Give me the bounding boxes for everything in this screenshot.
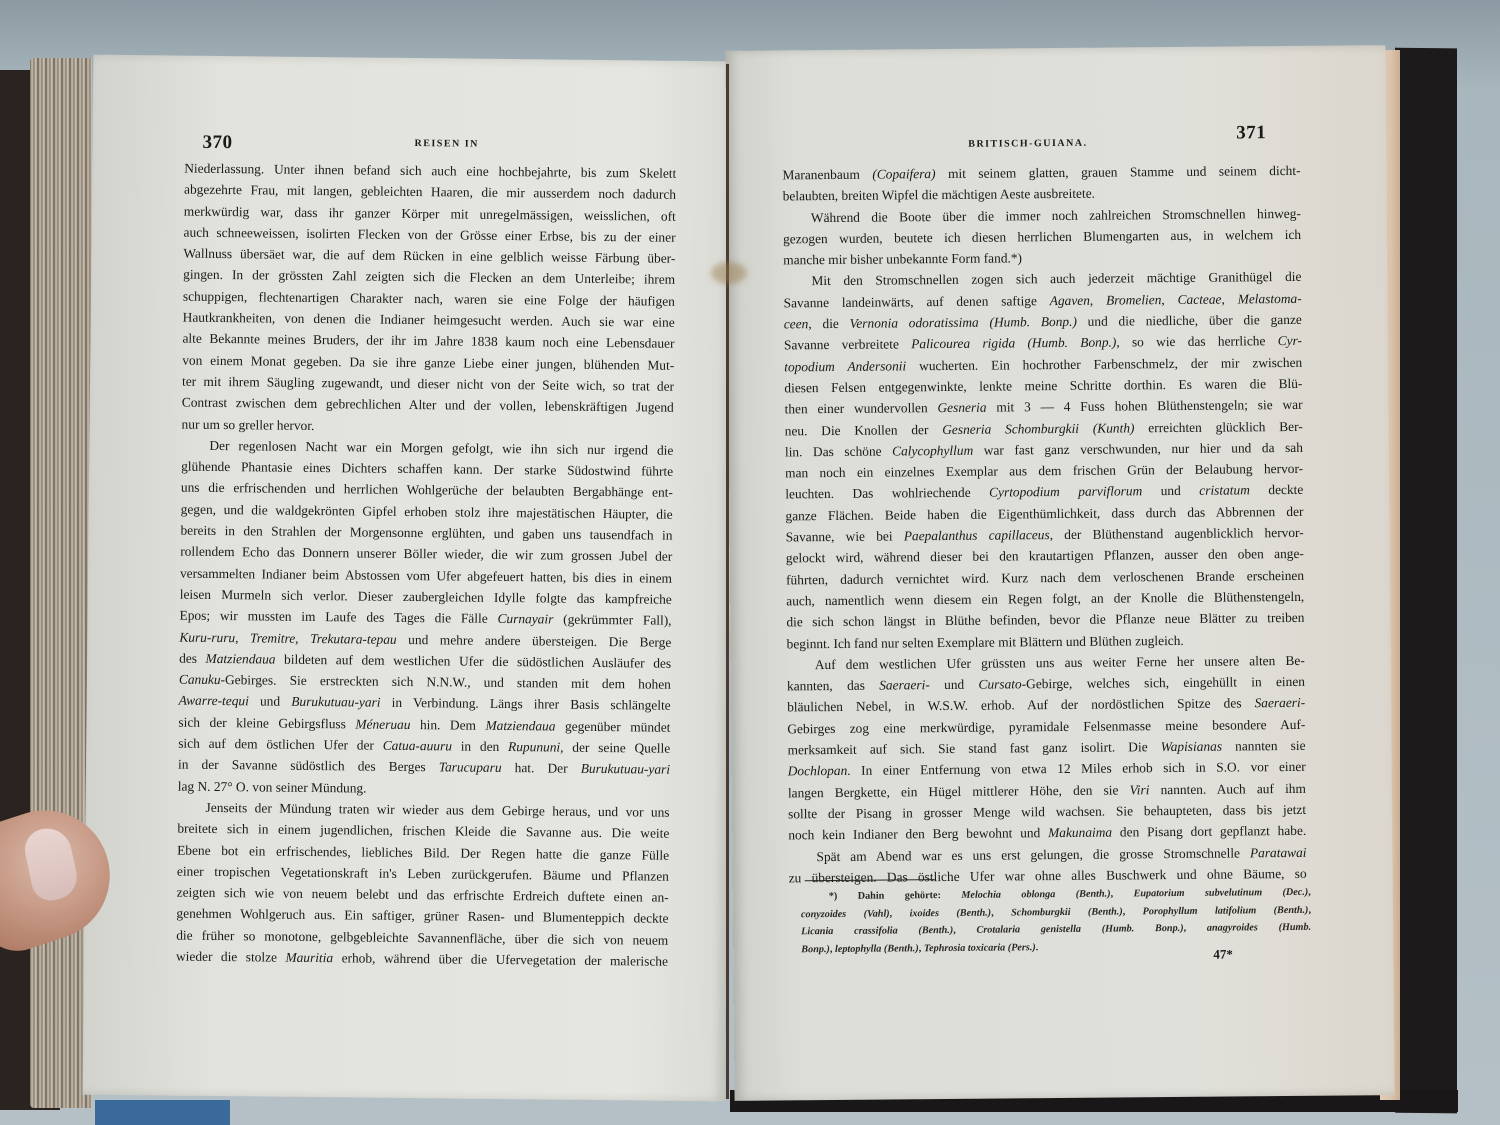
- page-number: 371: [1236, 122, 1266, 144]
- running-title: REISEN IN: [414, 138, 478, 150]
- left-page[interactable]: 370 REISEN IN Niederlassung. Unter ihnen…: [83, 55, 736, 1102]
- body-text: Niederlassung. Unter ihnen befand sich a…: [176, 158, 676, 972]
- page-number: 370: [202, 132, 232, 154]
- footnote: *) Dahin gehörte: Melochia oblonga (Bent…: [801, 884, 1312, 959]
- page-edges-left: [30, 58, 92, 1108]
- text-line: Bonp.), leptophylla (Benth.), Tephrosia …: [801, 937, 1311, 959]
- book-gutter: [726, 64, 729, 1099]
- blue-object: [95, 1100, 230, 1125]
- book-cover-right: [1395, 48, 1457, 1114]
- body-text: Maranenbaum (Copaifera) mit seinem glatt…: [782, 160, 1306, 889]
- text-line: die sich schon längst in Blüthe befinden…: [786, 607, 1304, 633]
- paper-stain: [711, 262, 747, 284]
- signature-mark: 47*: [1213, 947, 1233, 963]
- text-line: wieder die stolze Mauritia erhob, währen…: [176, 946, 668, 972]
- right-page[interactable]: 371 BRITISCH-GUIANA. Maranenbaum (Copaif…: [725, 45, 1394, 1101]
- running-title: BRITISCH-GUIANA.: [968, 138, 1087, 150]
